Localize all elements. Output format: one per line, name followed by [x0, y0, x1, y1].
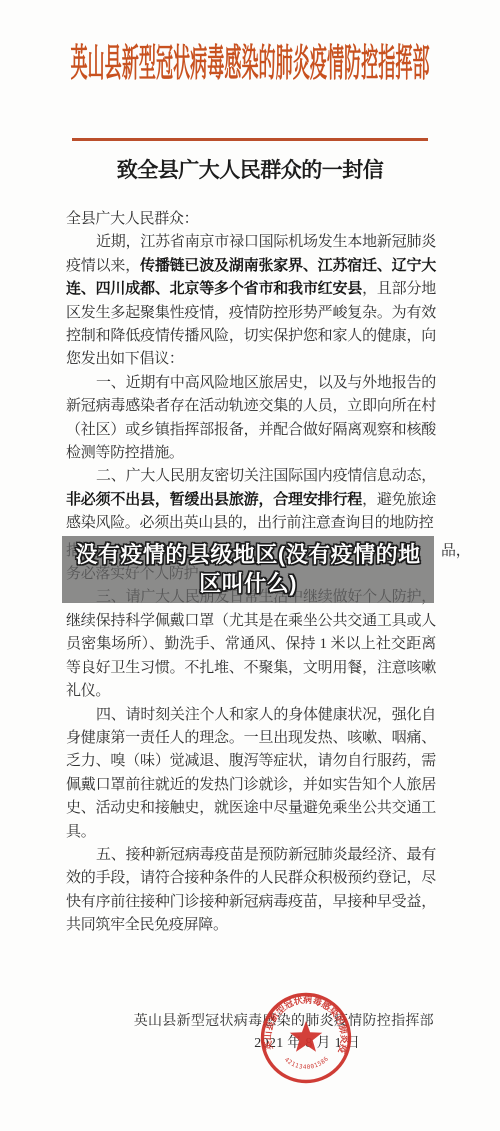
text-segment: 四、请时刻关注个人和家人的身体健康状况，强化自身健康第一责任人的理念。一旦出现发… [66, 707, 436, 840]
letterhead-org-name: 英山县新型冠状病毒感染的肺炎疫情防控指挥部 [70, 42, 429, 86]
signature-org-name: 英山县新型冠状病毒感染的肺炎疫情防控指挥部 [66, 1011, 434, 1033]
paragraph: 二、广大人民朋友密切关注国际国内疫情信息动态，非必须不出县，暂缓出县旅游，合理安… [66, 465, 436, 535]
paragraph: 五、接种新冠病毒疫苗是预防新冠肺炎最经济、最有效的手段，请符合接种条件的人民群众… [66, 844, 436, 938]
letter-body: 全县广大人民群众： 近期，江苏省南京市禄口国际机场发生本地新冠肺炎疫情以来，传播… [66, 208, 436, 938]
paragraph: 近期，江苏省南京市禄口国际机场发生本地新冠肺炎疫情以来，传播链已波及湖南张家界、… [66, 231, 436, 371]
official-seal: 英山县新型冠状病毒感染的肺炎疫情防控指挥部 4211340015860 [259, 991, 353, 1085]
paragraph: 三、请广大人民朋友日常生活中继续做好个人防护，继续保持科学佩戴口罩（尤其是在乘坐… [66, 586, 436, 703]
text-segment: 五、接种新冠病毒疫苗是预防新冠肺炎最经济、最有效的手段，请符合接种条件的人民群众… [66, 847, 436, 933]
text-segment: 非必须不出县，暂缓出县旅游，合理安排行程 [66, 492, 362, 508]
paragraphs-after-gap: 三、请广大人民朋友日常生活中继续做好个人防护，继续保持科学佩戴口罩（尤其是在乘坐… [66, 586, 436, 937]
document-photo: 英山县新型冠状病毒感染的肺炎疫情防控指挥部 致全县广大人民群众的一封信 全县广大… [0, 0, 500, 1131]
letter-title: 致全县广大人民群众的一封信 [0, 154, 500, 184]
paragraph: 四、请时刻关注个人和家人的身体健康状况，强化自身健康第一责任人的理念。一旦出现发… [66, 704, 436, 844]
text-segment: 二、广大人民朋友密切关注国际国内疫情信息动态， [96, 468, 436, 484]
text-segment: 一、近期有中高风险地区旅居史，以及与外地报告的新冠病毒感染者存在活动轨迹交集的人… [66, 375, 436, 461]
signature-date: 2021 年 8 月 1 日 [66, 1033, 434, 1055]
salutation: 全县广大人民群众： [66, 208, 436, 231]
caption-line-1: 没有疫情的县级地区(没有疫情的地 [75, 540, 420, 569]
obscured-fragment-line1-right: 品， [441, 540, 470, 563]
obscured-lines: 措 品， 务必落实好个人防护 没有疫情的县级地区(没有疫情的地 区叫什么) [66, 540, 436, 587]
caption-line-2: 区叫什么) [199, 569, 297, 598]
text-segment: 三、请广大人民朋友日常生活中继续做好个人防护，继续保持科学佩戴口罩（尤其是在乘坐… [66, 589, 436, 699]
caption-overlay: 没有疫情的县级地区(没有疫情的地 区叫什么) [62, 536, 434, 603]
signature-block: 英山县新型冠状病毒感染的肺炎疫情防控指挥部 2021 年 8 月 1 日 [66, 1011, 434, 1055]
paragraphs-before-gap: 近期，江苏省南京市禄口国际机场发生本地新冠肺炎疫情以来，传播链已波及湖南张家界、… [66, 231, 436, 535]
seal-star-icon [290, 1021, 322, 1052]
paragraph: 一、近期有中高风险地区旅居史，以及与外地报告的新冠病毒感染者存在活动轨迹交集的人… [66, 372, 436, 466]
red-divider-line [72, 138, 428, 141]
